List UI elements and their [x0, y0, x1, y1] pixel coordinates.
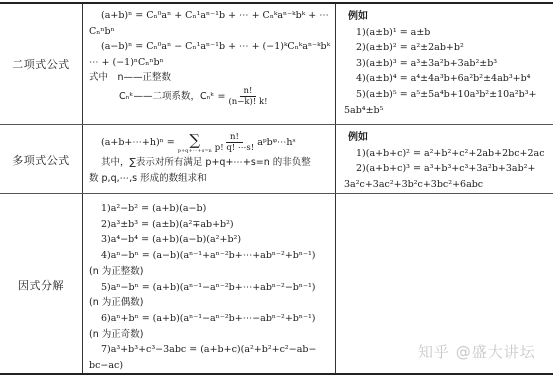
formula-line: 4)aⁿ−bⁿ = (a−b)(aⁿ⁻¹+aⁿ⁻²b+⋯+abⁿ⁻²+bⁿ⁻¹) [89, 248, 331, 264]
formula-line: 2)a³±b³ = (a±b)(a²∓ab+b²) [89, 217, 331, 233]
formula-line: 3)a⁴−b⁴ = (a+b)(a−b)(a²+b²) [89, 232, 331, 248]
formula-line: 其中，∑表示对所有满足 p+q+⋯+s=n 的非负整 [89, 155, 331, 171]
example-line: 4)(a±b)⁴ = a⁴±4a³b+6a²b²±4ab³+b⁴ [344, 71, 549, 87]
formula-line: 数 p,q,⋯,s 形成的数组求和 [89, 171, 331, 187]
example-line: 2)(a±b)² = a²±2ab+b² [344, 40, 549, 56]
example-line: 5ab⁴±b⁵ [344, 103, 549, 119]
coef-definition: Cₙᵏ——二项系数，Cₙᵏ = [119, 91, 225, 102]
formula-cell: (a+b)ⁿ = Cₙ⁰aⁿ + Cₙ¹aⁿ⁻¹b + ⋯ + Cₙᵏaⁿ⁻ᵏb… [83, 4, 335, 124]
formula-line: (a+b)ⁿ = Cₙ⁰aⁿ + Cₙ¹aⁿ⁻¹b + ⋯ + Cₙᵏaⁿ⁻ᵏb… [89, 8, 331, 24]
example-line: 3a²c+3ac²+3b²c+3bc²+6abc [344, 177, 549, 193]
row-label: 二项式公式 [0, 4, 82, 124]
table-row-multinomial: 多项式公式 (a+b+⋯+h)ⁿ = ∑ p+q+⋯+s=n n! p! q! … [0, 124, 553, 193]
formula-lhs: (a+b+⋯+h)ⁿ = [101, 137, 175, 148]
formula-line: 7)a³+b³+c³−3abc = (a+b+c)(a²+b²+c²−ab− [89, 342, 331, 358]
sigma-symbol: ∑ [189, 132, 200, 148]
multinomial-fraction: n! p! q! ⋯s! [215, 132, 254, 153]
fraction-numerator: n! [240, 86, 257, 97]
formula-line: Cₙⁿbⁿ [89, 24, 331, 40]
formula-line: 1)a²−b² = (a+b)(a−b) [89, 201, 331, 217]
formula-line: (n 为正整数) [89, 264, 331, 280]
coef-fraction: n! (n−k)! k! [228, 86, 267, 107]
formula-line: (n 为正奇数) [89, 327, 331, 343]
example-line: 5)(a±b)⁵ = a⁵±5a⁴b+10a³b²±10a²b³+ [344, 87, 549, 103]
fraction-denominator: p! q! ⋯s! [215, 143, 254, 153]
formula-line: (a+b+⋯+h)ⁿ = ∑ p+q+⋯+s=n n! p! q! ⋯s! aᵖ… [89, 131, 331, 155]
fraction-denominator: (n−k)! k! [228, 97, 267, 107]
formula-cell: 1)a²−b² = (a+b)(a−b) 2)a³±b³ = (a±b)(a²∓… [83, 194, 335, 376]
formula-line: (a−b)ⁿ = Cₙ⁰aⁿ − Cₙ¹aⁿ⁻¹b + ⋯ + (−1)ᵏCₙᵏ… [89, 39, 331, 55]
formula-line: 5)aⁿ−bⁿ = (a+b)(aⁿ⁻¹−aⁿ⁻²b+⋯+abⁿ⁻²−bⁿ⁻¹) [89, 280, 331, 296]
fraction-numerator: n! [226, 132, 243, 143]
example-line: 1)(a±b)¹ = a±b [344, 25, 549, 41]
formula-line: 6)aⁿ+bⁿ = (a+b)(aⁿ⁻¹−aⁿ⁻²b+⋯−abⁿ⁻²+bⁿ⁻¹) [89, 311, 331, 327]
formula-rhs: aᵖbᵠ⋯hˢ [257, 137, 296, 148]
row-label: 因式分解 [0, 194, 82, 376]
formula-line: (n 为正偶数) [89, 295, 331, 311]
formula-line: ⋯ + (−1)ⁿCₙⁿbⁿ [89, 55, 331, 71]
formula-line: Cₙᵏ——二项系数，Cₙᵏ = n! (n−k)! k! [89, 86, 331, 107]
formula-table: 二项式公式 (a+b)ⁿ = Cₙ⁰aⁿ + Cₙ¹aⁿ⁻¹b + ⋯ + Cₙ… [0, 2, 553, 375]
watermark: 知乎 @盛大讲坛 [418, 341, 536, 362]
examples-title: 例如 [344, 130, 549, 146]
examples-title: 例如 [344, 9, 549, 25]
example-line: 1)(a+b+c)² = a²+b²+c²+2ab+2bc+2ac [344, 146, 549, 162]
row-label: 多项式公式 [0, 125, 82, 194]
examples-cell: 例如 1)(a+b+c)² = a²+b²+c²+2ab+2bc+2ac 2)(… [336, 125, 553, 194]
formula-line: 式中 n——正整数 [89, 70, 331, 86]
example-line: 2)(a+b+c)³ = a³+b³+c³+3a²b+3ab²+ [344, 161, 549, 177]
sigma-subscript: p+q+⋯+s=n [178, 148, 212, 154]
formula-line: bc−ac) [89, 358, 331, 374]
sigma-icon: ∑ p+q+⋯+s=n [178, 132, 212, 154]
formula-cell: (a+b+⋯+h)ⁿ = ∑ p+q+⋯+s=n n! p! q! ⋯s! aᵖ… [83, 125, 335, 194]
table-row-binomial: 二项式公式 (a+b)ⁿ = Cₙ⁰aⁿ + Cₙ¹aⁿ⁻¹b + ⋯ + Cₙ… [0, 4, 553, 124]
example-line: 3)(a±b)³ = a³±3a²b+3ab²±b³ [344, 56, 549, 72]
examples-cell: 例如 1)(a±b)¹ = a±b 2)(a±b)² = a²±2ab+b² 3… [336, 4, 553, 124]
